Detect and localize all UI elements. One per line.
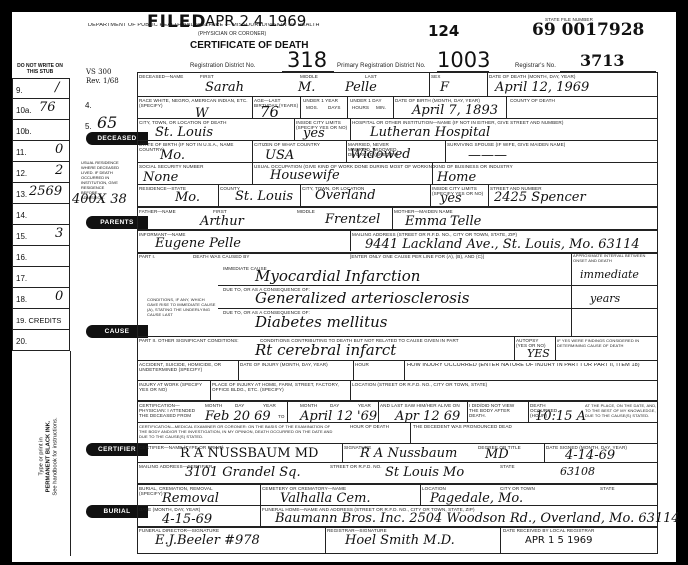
date-of-birth: April 7, 1893 [412,103,498,118]
burial-location: Pagedale, Mo. [430,491,523,506]
certifier-mailing-city: St Louis Mo [385,465,464,480]
residence-state: Mo. [175,190,200,205]
cause-b: Generalized arteriosclerosis [255,289,469,307]
disposition: Removal [162,491,219,506]
date-received: APR 1 5 1969 [525,535,593,546]
stub-title: DO NOT WRITE ON THIS STUB [14,63,66,75]
form-number: VS 300 [86,68,111,76]
residence-inside-city: yes [440,191,462,206]
stub-row: 17. [12,267,70,288]
deceased-middle: M. [298,80,315,95]
reg-district-number: 318 [287,48,327,72]
deceased-first: Sarah [205,80,244,95]
stub-row: 11.0 [12,141,70,162]
department-title: DEPARTMENT OF PUBLIC HEALTH AND WELFARE … [88,23,448,28]
cause-b-interval: years [590,292,620,305]
mother-last: Telle [450,214,481,229]
funeral-director-signature: E.J.Beeler #978 [155,533,260,548]
stub-row: 10a.76 [12,99,70,120]
cemetery: Valhalla Cem. [280,491,371,506]
business: Home [437,170,476,185]
ink-instructions: Type or print in PERMANENT BLACK INK. Se… [28,398,68,508]
item-6-value: 400X 38 [72,192,127,207]
stub-row: 13.2569 [12,183,70,204]
residence-city: Overland [315,188,376,203]
stub-row: 19. CREDITS [12,309,70,330]
certifier-signature: R A Nussbaum [360,446,457,461]
occupation: Housewife [270,168,340,183]
stub-row: 15.3 [12,225,70,246]
filed-stamp: FILED [147,12,207,32]
physician-coroner-label: (PHYSICIAN OR CORONER) [198,32,266,37]
father-first: Arthur [200,214,244,229]
item-4: 4. [85,101,92,110]
stub-row: 20. [12,330,70,351]
stub-row: 18.0 [12,288,70,309]
informant-name: Eugene Pelle [155,236,241,251]
item-5: 5. [85,122,92,131]
item-5-value: 65 [97,113,117,132]
certifier-degree: MD [485,447,509,462]
informant-address: 9441 Lackland Ave., St. Louis, Mo. 63114 [365,237,640,252]
cause-c: Diabetes mellitus [255,313,388,331]
stub-row: 9./ [12,78,70,99]
certifier-mailing-street: 3101 Grandel Sq. [185,465,301,480]
primary-reg-number: 1003 [437,48,490,72]
sex: F [440,80,449,95]
mother-first: Emma [405,214,447,229]
registrar-no: 3713 [580,51,625,70]
stub-row: 12.2 [12,162,70,183]
certifier-zip: 63108 [560,465,595,478]
name-label: DECEASED—NAME [139,74,183,79]
certifier-name: R A NUSSBAUM MD [180,446,318,461]
date-of-death: April 12, 1969 [495,80,589,95]
registrar-signature: Hoel Smith M.D. [345,533,455,548]
state-file-number: 69 0017928 [532,20,644,40]
reg-district-label: Registration District No. [190,64,256,69]
stub-row: 10b. [12,120,70,141]
residence-street: 2425 Spencer [494,190,586,205]
stub-row: 16. [12,246,70,267]
citizen: USA [265,148,294,163]
city-of-death: St. Louis [155,125,213,140]
inside-city: yes [303,126,325,141]
burial-date: 4-15-69 [162,512,212,527]
other-conditions: Rt cerebral infarct [255,341,396,359]
number-124: 124 [428,22,459,40]
funeral-home: Baumann Bros. Inc. 2504 Woodson Rd., Ove… [275,511,680,526]
cause-a-interval: immediate [580,268,639,281]
marital-status: Widowed [350,147,411,162]
ssn: None [143,170,178,185]
stub-row: 14. [12,204,70,225]
autopsy: YES [527,347,550,360]
hospital: Lutheran Hospital [370,125,490,140]
residence-county: St. Louis [235,189,293,204]
date-signed: 4-14-69 [565,448,615,463]
state-of-birth: Mo. [160,148,185,163]
cause-a: Myocardial Infarction [255,267,420,285]
primary-reg-label: Primary Registration District No. [337,64,426,69]
surviving-spouse: ——— [468,148,507,163]
form-rev: Rev. 1/68 [86,77,119,85]
deceased-last: Pelle [345,80,377,95]
registrar-no-label: Registrar's No. [515,64,556,69]
father-last: Frentzel [325,212,380,227]
